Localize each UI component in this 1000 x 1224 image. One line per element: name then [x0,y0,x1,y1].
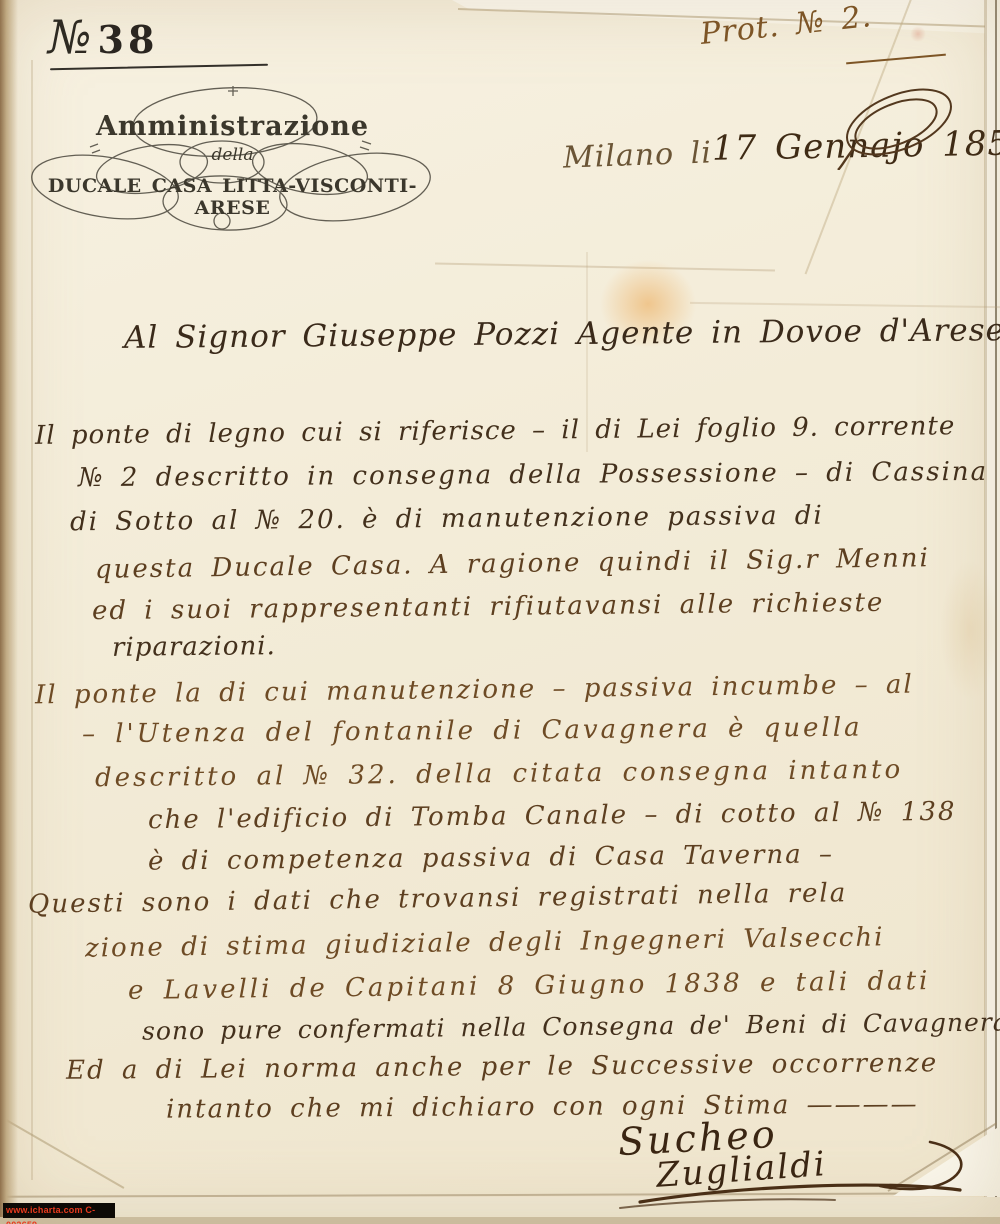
body-line: intanto che mi dichiaro con ogni Stima —… [166,1089,919,1124]
body-line: questa Ducale Casa. A ragione quindi il … [95,543,930,585]
body-line: ed i suoi rappresentanti rifiutavansi al… [92,588,885,626]
paper-stain-right [940,560,1000,700]
body-line: zione di stima giudiziale degli Ingegner… [85,922,885,963]
watermark-label: www.icharta.com C-002659 [3,1203,115,1218]
letterhead-flourish-ovals [30,85,435,250]
salutation-line: Al Signor Giuseppe Pozzi Agente in Dovoe… [124,312,1000,356]
body-line: è di competenza passiva di Casa Taverna … [148,839,834,876]
numero-value: 38 [98,17,159,62]
body-line: № 2 descritto in consegna della Possessi… [78,457,988,493]
body-line: Ed a di Lei norma anche per le Successiv… [66,1048,938,1086]
letterhead: Amministrazione della DUCALE CASA LITTA-… [30,85,435,250]
date-flourish-loop [836,78,966,170]
paper-stain-small [910,26,926,42]
body-line: Questi sono i dati che trovansi registra… [28,878,848,919]
scan-left-edge [0,0,18,1224]
letterhead-della: della [30,145,435,165]
signature-flourish [600,1140,990,1210]
body-line: riparazioni. [112,631,276,663]
letterhead-house-name: DUCALE CASA LITTA-VISCONTI-ARESE [30,175,435,219]
scan-bottom-edge [0,1217,1000,1224]
body-line: Il ponte la di cui manutenzione – passiv… [35,670,914,711]
body-line: Il ponte di legno cui si riferisce – il … [35,411,956,451]
body-line: che l'edificio di Tomba Canale – di cott… [148,797,957,835]
scanned-letter: №38 Prot. № 2. Amministrazione della DUC… [0,0,1000,1224]
body-line: e Lavelli de Capitani 8 Giugno 1838 e ta… [128,966,931,1006]
letterhead-title: Amministrazione [30,111,435,142]
body-line: di Sotto al № 20. è di manutenzione pass… [70,501,824,538]
dateline-place: Milano li [562,135,712,175]
body-line: – l'Utenza del fontanile di Cavagnera è … [82,713,863,750]
body-line: sono pure confermati nella Consegna de' … [142,1007,1000,1045]
horizontal-crease-right [690,302,1000,308]
numero-sign: № [48,10,92,64]
body-line: descritto al № 32. della citata consegna… [95,755,904,793]
fold-crease-bottom-left [0,1112,124,1189]
horizontal-crease [435,262,775,271]
document-number-underline [50,64,268,71]
protocol-note-underline [846,54,946,65]
document-number: №38 [48,10,158,64]
